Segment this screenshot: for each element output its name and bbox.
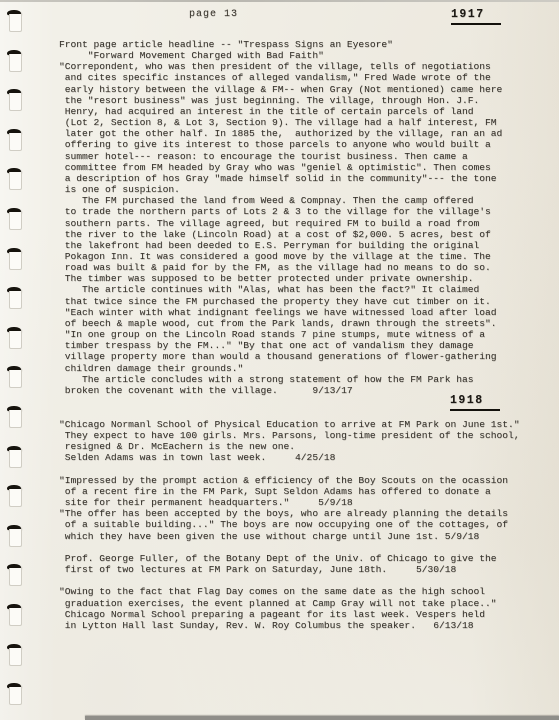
page-number-label: page 13 bbox=[189, 9, 238, 20]
binding-hole bbox=[9, 687, 22, 705]
binding-hole bbox=[9, 450, 22, 468]
binding-clip bbox=[8, 208, 23, 231]
binding-clip bbox=[8, 406, 23, 429]
binding-hole bbox=[9, 93, 22, 111]
binding-clip bbox=[8, 327, 23, 350]
binding-clip bbox=[8, 604, 23, 627]
binding-hole bbox=[9, 54, 22, 72]
binding-hole bbox=[9, 212, 22, 230]
binding-hole bbox=[9, 568, 22, 586]
binding-hole bbox=[9, 14, 22, 32]
binding-hole bbox=[9, 489, 22, 507]
binding-clip bbox=[8, 89, 23, 112]
scan-top-edge bbox=[0, 0, 559, 2]
binding-hole bbox=[9, 252, 22, 270]
binding-hole bbox=[9, 133, 22, 151]
year-heading-1917: 1917 bbox=[451, 8, 501, 25]
binding-clip bbox=[8, 248, 23, 271]
scanned-page: page 13 1917 Front page article headline… bbox=[0, 0, 559, 720]
scan-bottom-edge bbox=[85, 716, 559, 720]
binding-hole bbox=[9, 291, 22, 309]
binding-clip bbox=[8, 485, 23, 508]
section-1918-text: "Chicago Normanl School of Physical Educ… bbox=[59, 419, 520, 631]
binding-hole bbox=[9, 608, 22, 626]
binding-rail bbox=[0, 0, 40, 720]
binding-clip bbox=[8, 287, 23, 310]
binding-clip bbox=[8, 446, 23, 469]
binding-clip bbox=[8, 366, 23, 389]
binding-clip bbox=[8, 683, 23, 706]
year-heading-1918: 1918 bbox=[450, 394, 500, 411]
binding-clip bbox=[8, 564, 23, 587]
binding-clip bbox=[8, 50, 23, 73]
binding-clip bbox=[8, 168, 23, 191]
binding-clip bbox=[8, 129, 23, 152]
binding-hole bbox=[9, 370, 22, 388]
binding-hole bbox=[9, 410, 22, 428]
binding-hole bbox=[9, 172, 22, 190]
section-1917-text: Front page article headline -- "Trespass… bbox=[59, 39, 502, 396]
binding-clip bbox=[8, 10, 23, 33]
binding-clip bbox=[8, 525, 23, 548]
binding-clip bbox=[8, 644, 23, 667]
binding-hole bbox=[9, 648, 22, 666]
binding-hole bbox=[9, 331, 22, 349]
binding-hole bbox=[9, 529, 22, 547]
